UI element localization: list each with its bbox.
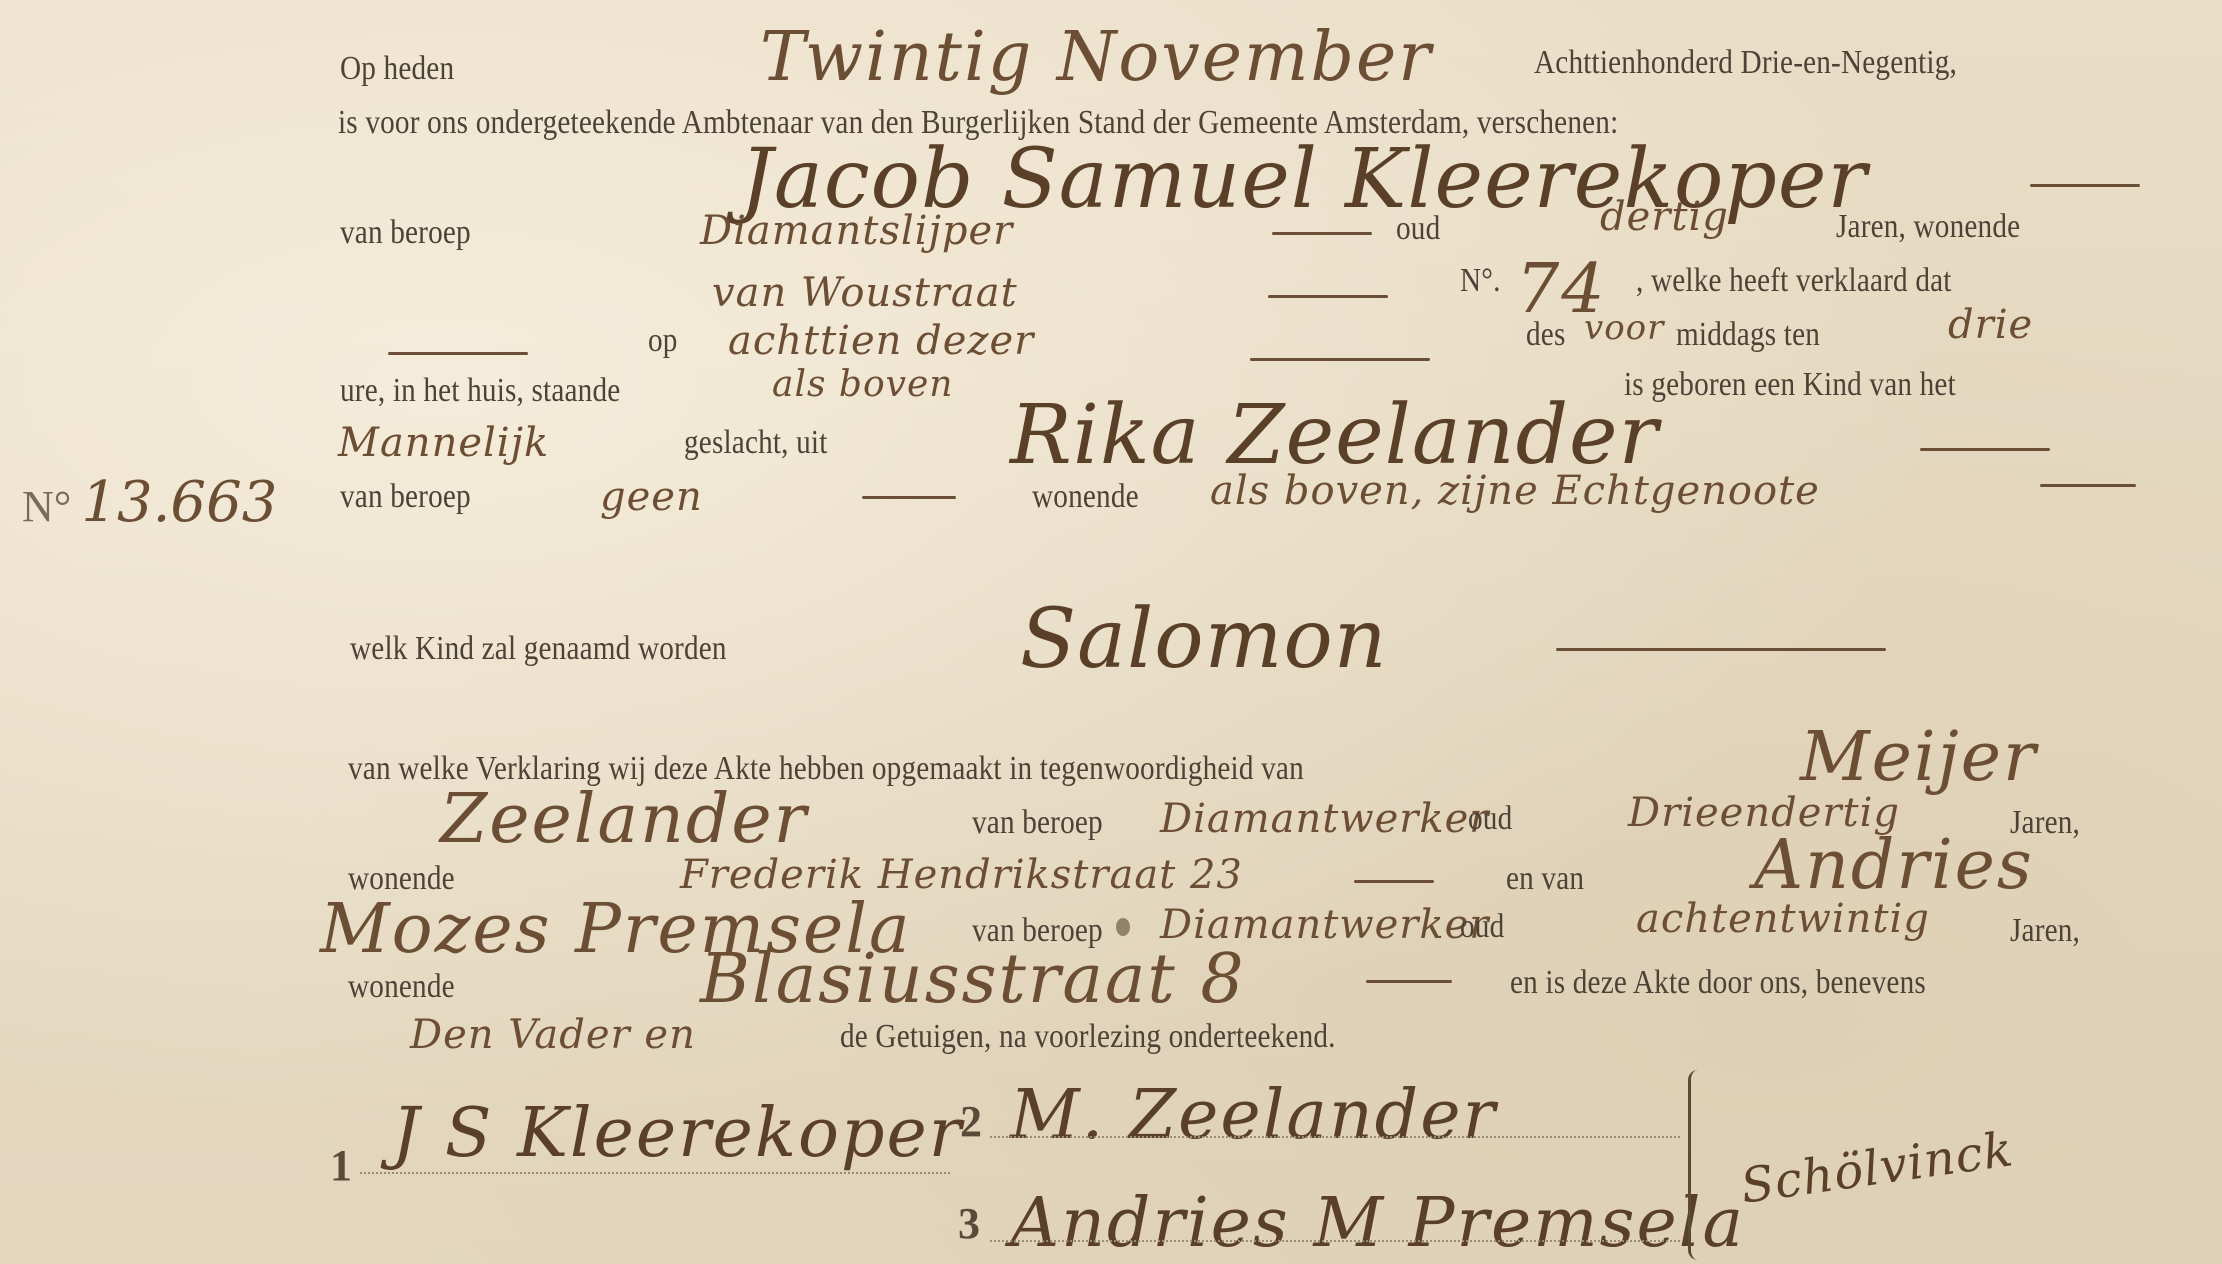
filler-dash xyxy=(2030,184,2140,187)
signature-line-1 xyxy=(360,1172,950,1174)
printed-verklaard: , welke heeft verklaard dat xyxy=(1636,262,1952,300)
hand-date: Twintig November xyxy=(760,18,1433,97)
printed-geslacht-uit: geslacht, uit xyxy=(684,424,828,462)
signature-witness1: M. Zeelander xyxy=(1010,1076,1497,1155)
ink-blot xyxy=(1116,918,1130,936)
printed-welk-kind: welk Kind zal genaamd worden xyxy=(350,630,727,668)
printed-middags-ten: middags ten xyxy=(1676,316,1820,354)
printed-en-van: en van xyxy=(1506,860,1584,898)
printed-jaren-wonende: Jaren, wonende xyxy=(1836,208,2020,246)
filler-dash xyxy=(862,496,956,499)
hand-declarant-street: van Woustraat xyxy=(712,270,1018,316)
hand-witness1-occupation: Diamantwerker xyxy=(1160,796,1489,842)
printed-akte-door-ons: en is deze Akte door ons, benevens xyxy=(1510,964,1926,1002)
signature-number-2: 2 xyxy=(960,1096,982,1147)
hand-declarant-age: dertig xyxy=(1600,194,1729,240)
hand-witness1-last: Zeelander xyxy=(440,780,808,859)
signature-witness2: Andries M Premsela xyxy=(1010,1184,1745,1263)
hand-witness2-first: Andries xyxy=(1754,826,2034,905)
printed-des: des xyxy=(1526,316,1566,354)
filler-dash xyxy=(2040,484,2136,487)
hand-witness1-first: Meijer xyxy=(1800,718,2037,797)
hand-birth-day: achttien dezer xyxy=(728,318,1034,364)
printed-year: Achttienhonderd Drie-en-Negentig, xyxy=(1534,44,1957,82)
printed-van-beroep-2: van beroep xyxy=(340,478,471,516)
printed-wonende-1: wonende xyxy=(1032,478,1139,516)
hand-sex: Mannelijk xyxy=(338,420,549,466)
printed-oud-3: oud xyxy=(1460,908,1504,946)
printed-op: op xyxy=(648,322,678,360)
hand-witness2-address: Blasiusstraat 8 xyxy=(700,940,1246,1019)
printed-jaren-2: Jaren, xyxy=(2010,912,2080,950)
hand-witness2-age: achtentwintig xyxy=(1636,896,1930,942)
hand-birth-hour: drie xyxy=(1948,302,2033,348)
signature-line-3 xyxy=(990,1240,1680,1242)
register-number: N°13.663 xyxy=(22,470,277,535)
signature-line-2 xyxy=(990,1136,1680,1138)
filler-dash xyxy=(1268,295,1388,298)
filler-dash xyxy=(388,352,528,355)
hand-signer-clause: Den Vader en xyxy=(410,1012,696,1058)
filler-dash xyxy=(1354,880,1434,883)
filler-dash xyxy=(1366,980,1452,983)
register-number-label: N° xyxy=(22,482,71,531)
filler-dash xyxy=(1920,448,2050,451)
printed-oud-2: oud xyxy=(1468,800,1512,838)
hand-time-period: voor xyxy=(1584,308,1664,348)
printed-op-heden: Op heden xyxy=(340,50,454,88)
printed-van-beroep-3: van beroep xyxy=(972,804,1103,842)
hand-child-name: Salomon xyxy=(1020,592,1388,687)
printed-no: N°. xyxy=(1460,262,1501,300)
hand-declarant-occupation: Diamantslijper xyxy=(700,208,1013,254)
filler-dash xyxy=(1250,358,1430,361)
filler-dash xyxy=(1556,648,1886,651)
printed-van-beroep-1: van beroep xyxy=(340,214,471,252)
printed-getuigen-onderteekend: de Getuigen, na voorlezing onderteekend. xyxy=(840,1018,1336,1056)
signature-number-3: 3 xyxy=(958,1198,980,1249)
filler-dash xyxy=(1272,232,1372,235)
printed-oud-1: oud xyxy=(1396,210,1440,248)
hand-mother-residence: als boven, zijne Echtgenoote xyxy=(1210,468,1820,514)
printed-ure-in-het-huis: ure, in het huis, staande xyxy=(340,372,620,410)
signature-declarant: J S Kleerekoper xyxy=(392,1094,963,1173)
register-number-value: 13.663 xyxy=(81,470,277,535)
printed-wonende-3: wonende xyxy=(348,968,455,1006)
printed-geboren: is geboren een Kind van het xyxy=(1624,366,1956,404)
signature-number-1: 1 xyxy=(330,1140,352,1191)
hand-mother-occupation: geen xyxy=(600,474,703,520)
hand-birth-place: als boven xyxy=(772,364,953,405)
signature-brace xyxy=(1688,1070,1705,1260)
